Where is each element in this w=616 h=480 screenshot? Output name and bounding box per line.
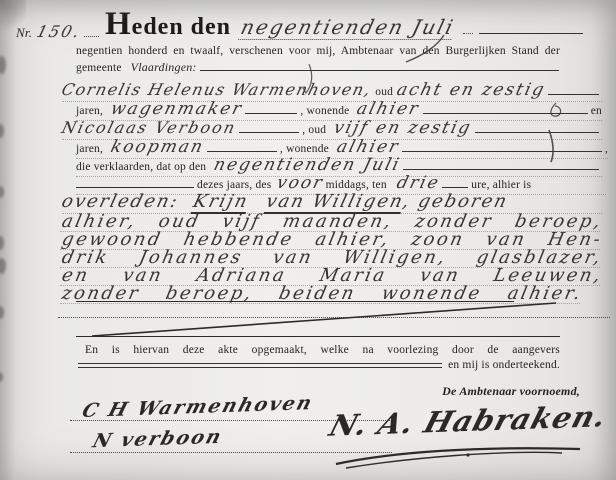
- declarant2-age-ruling: [475, 132, 599, 133]
- heading-ruling-solid: [479, 33, 583, 34]
- act-number-ruling: [84, 36, 99, 37]
- geboren-suffix: , geboren: [400, 193, 509, 211]
- scanned-death-certificate: Nr. 150. Heden den negentienden Juli neg…: [0, 0, 616, 480]
- declarant1-age: acht en zestig: [395, 82, 547, 99]
- blank-ruling-3: [76, 336, 560, 337]
- heading-ruling-dotted: [463, 33, 473, 34]
- closing-line-1: En is hiervan deze akte opgemaakt, welke…: [85, 344, 560, 356]
- scan-edge-blob: [0, 56, 6, 74]
- declarant2-occupation: koopman: [109, 139, 206, 156]
- jaren-label: jaren,: [76, 105, 103, 117]
- gemeente-label: gemeente: [76, 62, 122, 74]
- scan-edge-blob: [0, 306, 4, 319]
- closing-line-2-row: en mij is onderteekend.: [78, 359, 560, 371]
- official-signature: N. A. Habraken.: [332, 404, 605, 438]
- declarant1-age-ruling: [548, 94, 599, 95]
- official-signature-text: N. A. Habraken.: [326, 399, 612, 443]
- overleden-label: overleden:: [60, 193, 181, 211]
- intro-line: negentien honderd en twaalf, verschenen …: [76, 45, 560, 57]
- heading-title-rest: eden den: [132, 14, 231, 40]
- declarant1-residence: alhier: [355, 101, 421, 118]
- scan-edge-blob: [0, 124, 4, 138]
- heading-initial: H: [105, 6, 132, 42]
- void-diagonal-strike: [92, 303, 556, 336]
- signature-declarant2: N verboon: [90, 426, 225, 452]
- official-signature-flourish-2: [346, 452, 562, 468]
- official-signature-dot: [466, 453, 469, 456]
- heading-row: Heden den negentienden Juli: [105, 6, 564, 43]
- wonende-label: , wonende: [300, 105, 349, 117]
- heading-title: Heden den: [105, 6, 231, 43]
- heading-date-handwritten: negentienden Juli: [238, 17, 457, 40]
- scan-corner-curl: [0, 0, 26, 34]
- daypart-handwritten: voor: [275, 175, 325, 192]
- scan-edge-blob: [0, 236, 4, 250]
- declarant1-residence-ruling: [423, 113, 588, 114]
- gemeente-row: gemeente Vlaardingen:: [76, 60, 562, 75]
- declarant2-occupation-ruling: [207, 151, 277, 152]
- blank-ruling-1: [76, 301, 514, 302]
- declarant2-name-ruling: [239, 132, 299, 133]
- declarant2-residence-ruling: [402, 151, 602, 152]
- en-label: en: [591, 105, 602, 117]
- signature-declarant1: C H Warmenhoven: [80, 392, 317, 422]
- oud-label: oud: [375, 86, 393, 98]
- declaration-date-row: die verklaarden, dat op den negentienden…: [76, 157, 602, 177]
- declarant2-age: vijf en zestig: [332, 120, 474, 137]
- closing-ruling-double: [78, 363, 442, 368]
- hour-handwritten: drie: [395, 175, 442, 192]
- official-label: De Ambtenaar voornoemd,: [442, 384, 580, 399]
- blank-ruling-2: [58, 317, 610, 318]
- death-date-ruling: [403, 169, 599, 170]
- declare-label: die verklaarden, dat op den: [76, 161, 206, 173]
- scan-edge-blob: [0, 186, 4, 198]
- declarant1-occupation: wagenmaker: [109, 101, 245, 118]
- oud2-label: , oud: [302, 124, 326, 136]
- death-date: negentienden Juli: [212, 157, 402, 174]
- declarant2-residence: alhier: [335, 139, 401, 156]
- declarant1-occupation-ruling: [245, 113, 297, 114]
- time-row-lead-ruling: [76, 187, 194, 188]
- scan-edge-blob: [0, 258, 6, 274]
- closing-line-2: en mij is onderteekend.: [448, 359, 560, 371]
- gemeente-ruling: [200, 70, 559, 71]
- declarant2-name: Nicolaas Verboon: [60, 120, 238, 136]
- wonende2-label: , wonende: [280, 143, 329, 155]
- trailing-comma: ,: [605, 143, 608, 155]
- gemeente-value: Vlaardingen:: [131, 60, 197, 75]
- act-number-value: 150.: [35, 24, 83, 40]
- ure-label: ure, alhier is: [471, 179, 531, 191]
- scan-edge-blob: [0, 372, 3, 382]
- declarant1-name: Cornelis Helenus Warmenhoven,: [60, 82, 373, 98]
- hour-ruling: [442, 187, 468, 188]
- dezes-label: dezes jaars, des: [197, 179, 271, 191]
- middags-label: middags, ten: [326, 179, 387, 191]
- jaren2-label: jaren,: [76, 143, 103, 155]
- act-number-row: Nr. 150.: [16, 24, 102, 41]
